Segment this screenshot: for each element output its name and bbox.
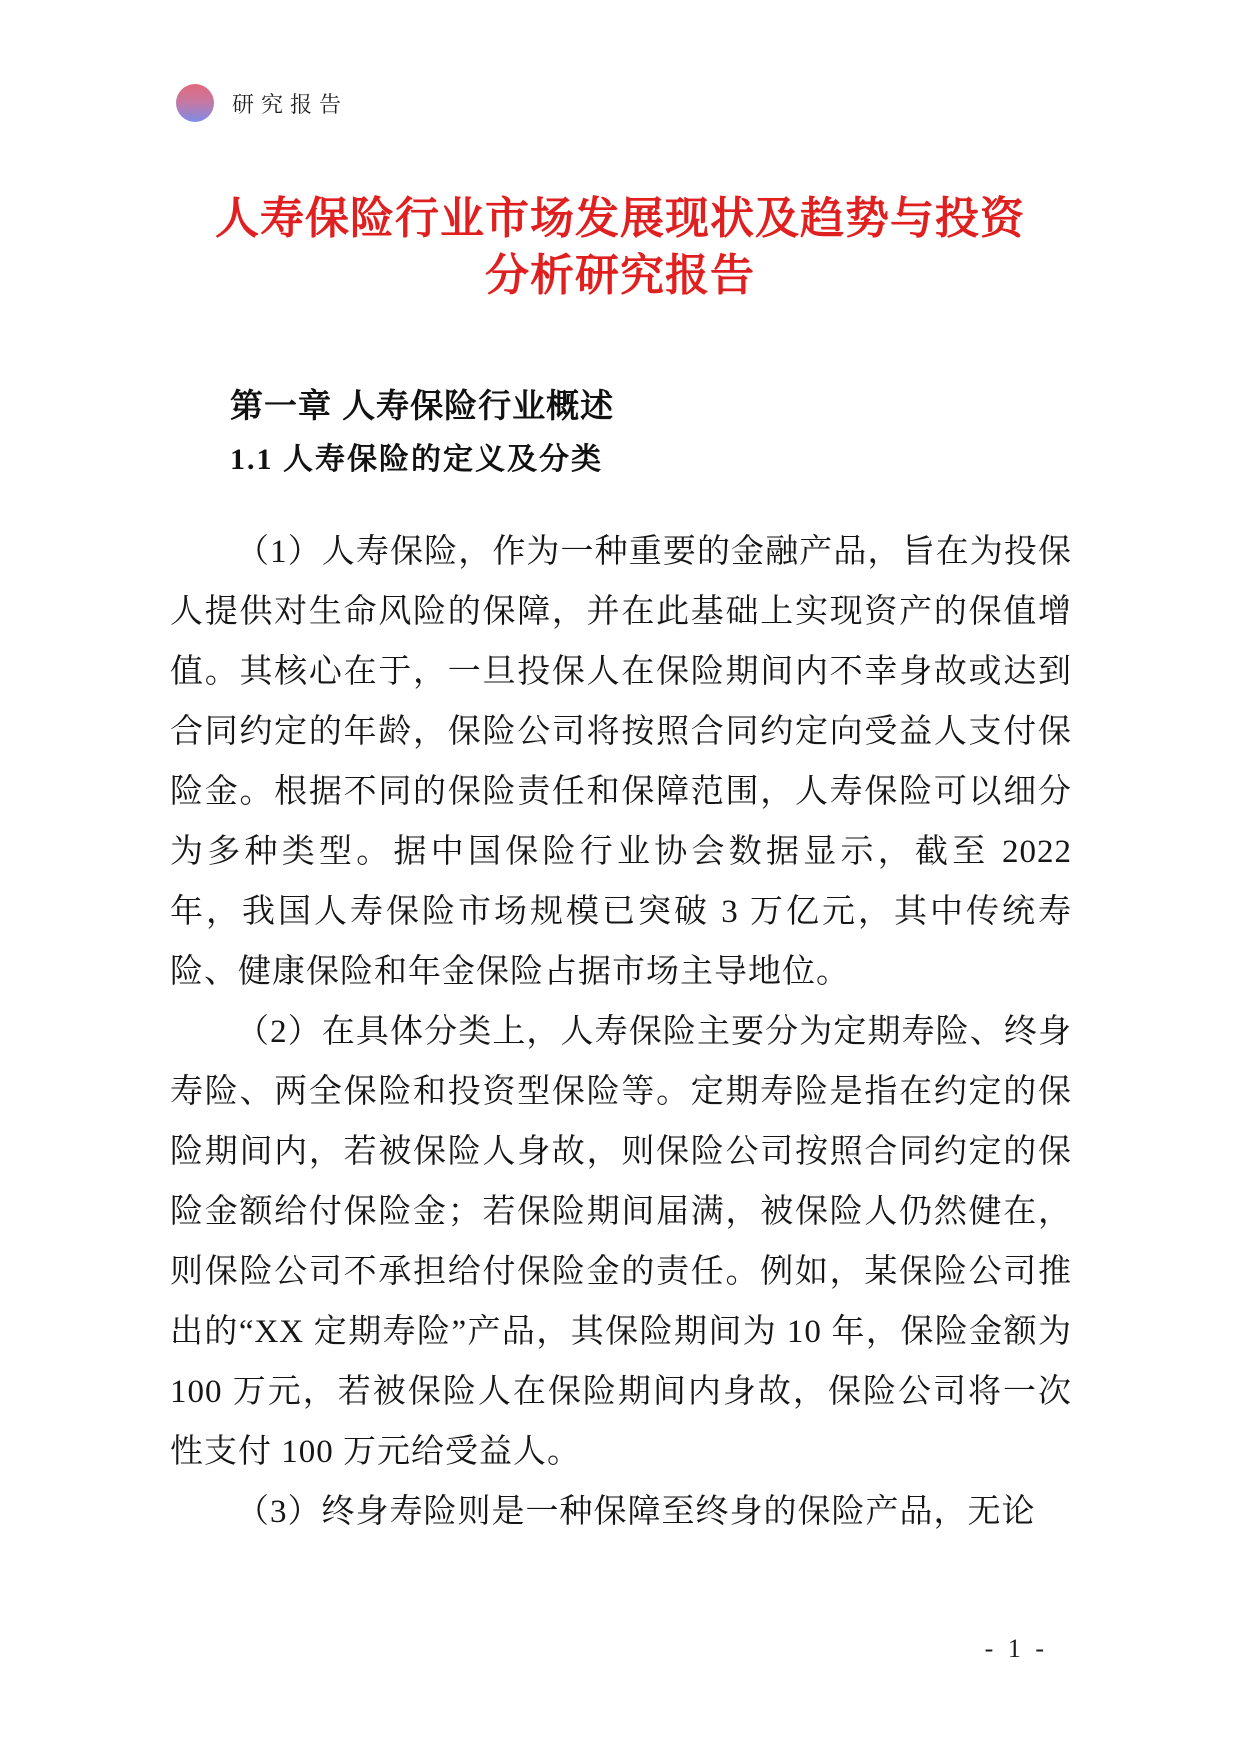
section-heading: 1.1 人寿保险的定义及分类 xyxy=(230,434,603,478)
document-title: 人寿保险行业市场发展现状及趋势与投资 分析研究报告 xyxy=(100,190,1140,304)
document-page: 研究报告 人寿保险行业市场发展现状及趋势与投资 分析研究报告 第一章 人寿保险行… xyxy=(0,0,1240,1753)
document-title-line1: 人寿保险行业市场发展现状及趋势与投资 xyxy=(215,194,1025,243)
document-title-line2: 分析研究报告 xyxy=(485,251,755,300)
chapter-heading: 第一章 人寿保险行业概述 xyxy=(230,380,614,427)
body-paragraph-3: （3）终身寿险则是一种保障至终身的保险产品，无论 xyxy=(170,1482,1072,1542)
brand-label: 研究报告 xyxy=(232,88,348,119)
body-paragraph-1: （1）人寿保险，作为一种重要的金融产品，旨在为投保人提供对生命风险的保障，并在此… xyxy=(170,522,1072,1002)
body-text: （1）人寿保险，作为一种重要的金融产品，旨在为投保人提供对生命风险的保障，并在此… xyxy=(170,522,1072,1542)
logo-gradient-circle-icon xyxy=(176,84,214,122)
body-paragraph-2: （2）在具体分类上，人寿保险主要分为定期寿险、终身寿险、两全保险和投资型保险等。… xyxy=(170,1002,1072,1482)
page-number: - 1 - xyxy=(985,1634,1048,1664)
brand: 研究报告 xyxy=(176,84,348,122)
